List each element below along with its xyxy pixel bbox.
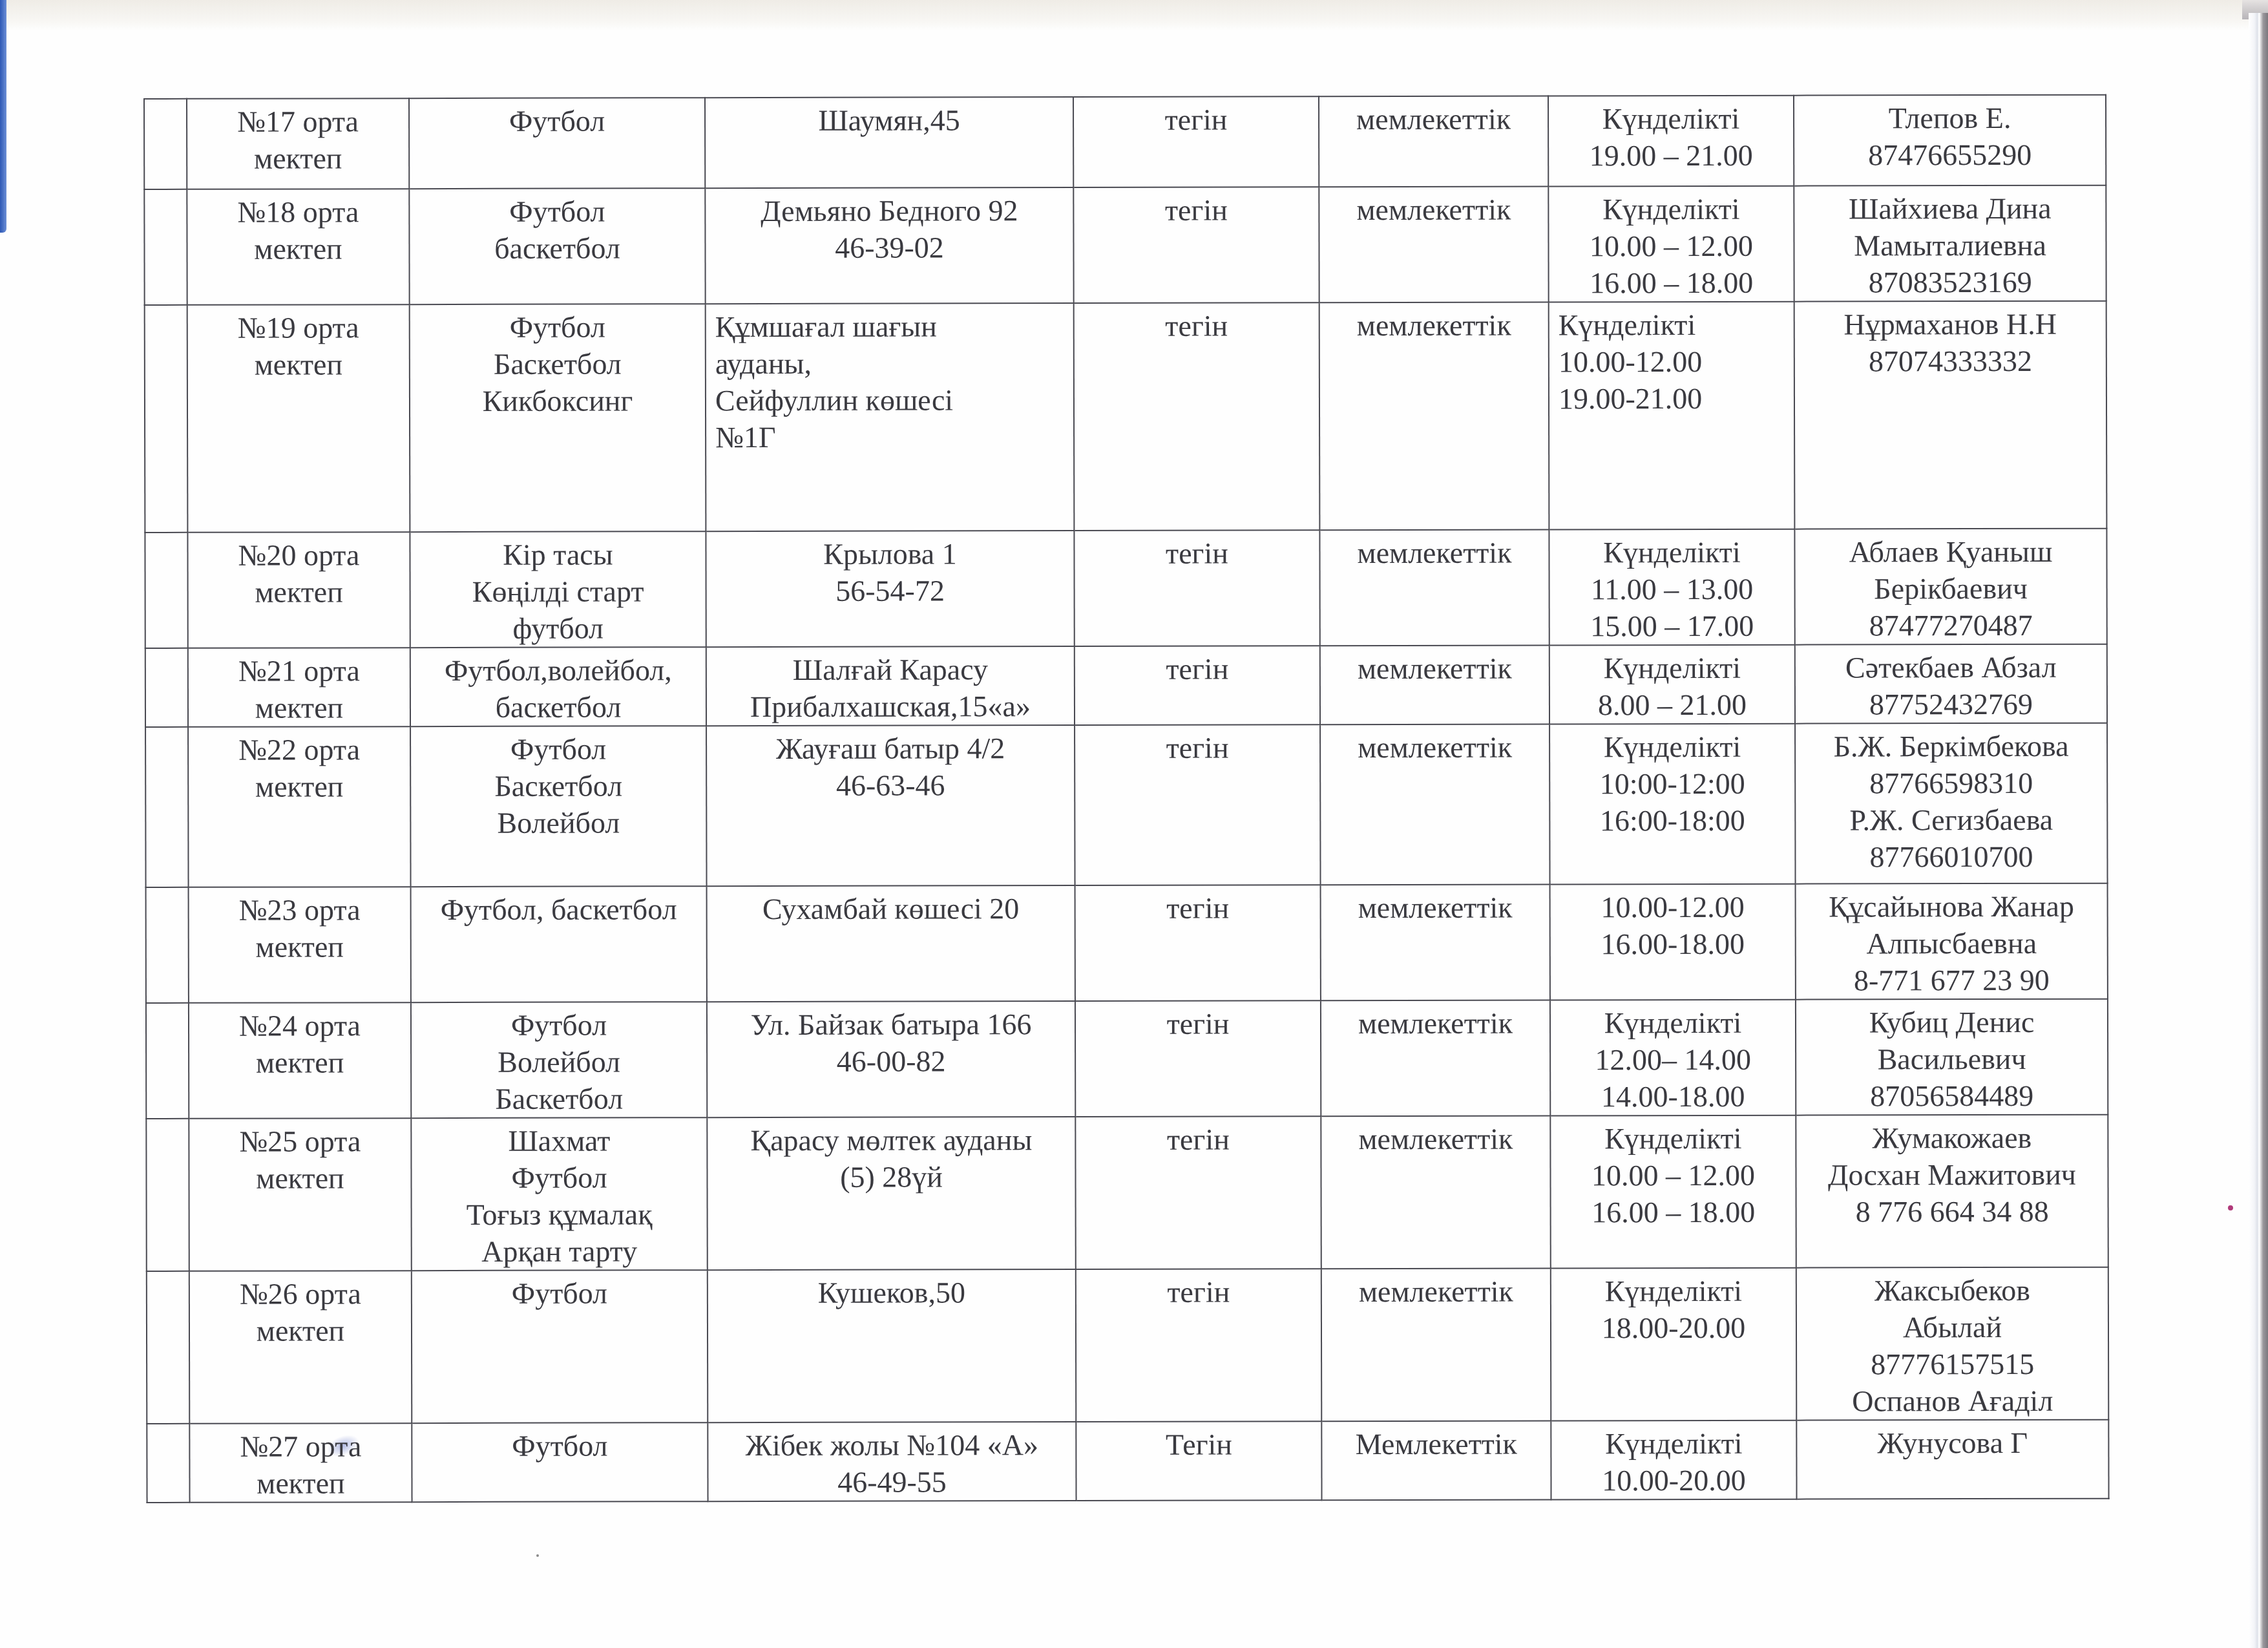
school-line: №21 орта: [194, 652, 404, 690]
table-row: №22 ортамектепФутболБаскетболВолейболЖау…: [145, 723, 2108, 887]
schedule-line: 19.00-21.00: [1559, 380, 1789, 417]
cell-sports: Футбол,волейбол,баскетбол: [410, 647, 706, 726]
address-line: Сейфуллин көшесі: [715, 381, 1068, 419]
cell-school: №27 ортамектеп: [189, 1423, 412, 1503]
ownership-text: мемлекеттік: [1326, 728, 1544, 766]
sports-line: Футбол: [417, 1159, 701, 1196]
ink-speck: [2228, 1205, 2233, 1210]
sports-line: Футбол: [417, 1427, 702, 1464]
cell-ownership: мемлекеттік: [1319, 96, 1548, 187]
cell-contact: Жунусова Г: [1796, 1420, 2108, 1499]
contact-line: 87752432769: [1801, 686, 2101, 723]
table-row: №17 ортамектепФутболШаумян,45тегінмемлек…: [144, 95, 2106, 189]
contact-line: 87477270487: [1801, 607, 2101, 644]
contact-line: Жаксыбеков: [1802, 1272, 2103, 1309]
school-line: №22 орта: [194, 731, 404, 768]
address-line: Жібек жолы №104 «А»: [713, 1426, 1070, 1464]
sports-line: Шахмат: [417, 1122, 701, 1159]
table-row: №25 ортамектепШахматФутболТоғыз құмалақА…: [146, 1115, 2108, 1271]
address-line: Прибалхашская,15«а»: [712, 688, 1069, 725]
cell-ownership: мемлекеттік: [1321, 1268, 1551, 1421]
contact-line: 8-771 677 23 90: [1801, 962, 2102, 999]
ownership-text: мемлекеттік: [1325, 306, 1543, 344]
school-line: №24 орта: [194, 1007, 405, 1044]
contact-line: Тлепов Е.: [1800, 100, 2100, 137]
cell-index: [147, 1271, 189, 1424]
cell-sports: ФутболВолейболБаскетбол: [411, 1002, 707, 1118]
fee-text: тегін: [1079, 101, 1313, 138]
fee-text: тегін: [1080, 534, 1314, 572]
table-row: №26 ортамектепФутболКушеков,50тегінмемле…: [147, 1267, 2108, 1424]
table-row: №20 ортамектепКір тасыКөңілді стартфутбо…: [145, 529, 2106, 648]
cell-address: Жауғаш батыр 4/246-63-46: [706, 725, 1075, 886]
school-line: №17 орта: [193, 103, 403, 140]
schedule-line: 14.00-18.00: [1556, 1078, 1790, 1115]
cell-address: Демьяно Бедного 9246-39-02: [705, 187, 1073, 304]
address-line: Шалғай Карасу: [712, 651, 1069, 688]
table-row: №24 ортамектепФутболВолейболБаскетболУл.…: [146, 999, 2108, 1119]
cell-school: №18 ортамектеп: [187, 189, 409, 305]
sports-line: баскетбол: [416, 688, 700, 726]
cell-schedule: Күнделікті10:00-12:0016:00-18:00: [1549, 724, 1796, 885]
cell-schedule: Күнделікті10.00-12.0019.00-21.00: [1549, 302, 1795, 530]
cell-sports: ФутболБаскетболКикбоксинг: [410, 304, 706, 532]
cell-schedule: Күнделікті8.00 – 21.00: [1549, 645, 1795, 724]
ownership-text: мемлекеттік: [1327, 889, 1544, 926]
cell-school: №23 ортамектеп: [189, 887, 411, 1003]
ownership-text: мемлекеттік: [1325, 534, 1543, 571]
sports-line: Көңілді старт: [416, 573, 700, 610]
cell-school: №19 ортамектеп: [187, 304, 410, 533]
cell-index: [146, 1003, 189, 1119]
schedule-line: 8.00 – 21.00: [1555, 686, 1789, 724]
contact-line: Абылай: [1802, 1309, 2103, 1346]
sports-line: Волейбол: [417, 1043, 701, 1081]
contact-line: Жумакожаев: [1801, 1119, 2102, 1157]
ownership-text: мемлекеттік: [1325, 191, 1542, 228]
scan-right-edge: [2249, 13, 2268, 1648]
sports-line: Баскетбол: [415, 345, 700, 383]
contact-line: Шайхиева Дина: [1800, 190, 2100, 227]
cell-ownership: мемлекеттік: [1321, 1000, 1550, 1116]
schedule-line: 15.00 – 17.00: [1555, 607, 1789, 645]
schedule-line: 10.00-12.00: [1556, 889, 1790, 926]
cell-school: №21 ортамектеп: [188, 648, 410, 727]
sports-line: Кикбоксинг: [415, 382, 700, 419]
cell-schedule: Күнделікті10.00 – 12.0016.00 – 18.00: [1550, 1115, 1796, 1269]
school-line: мектеп: [193, 230, 403, 268]
schedule-line: 10.00-20.00: [1557, 1462, 1790, 1499]
contact-line: 87766598310: [1801, 765, 2101, 802]
schedule-line: Күнделікті: [1557, 1273, 1790, 1310]
cell-address: Құмшағал шағынауданы,Сейфуллин көшесі№1Г: [706, 303, 1075, 531]
school-line: мектеп: [195, 1464, 406, 1502]
cell-index: [144, 99, 187, 189]
schedule-line: 10.00 – 12.00: [1554, 227, 1788, 265]
sports-line: баскетбол: [415, 229, 699, 267]
cell-schedule: Күнделікті10.00-20.00: [1551, 1421, 1796, 1500]
cell-contact: ЖаксыбековАбылай87776157515Оспанов Ағаді…: [1796, 1267, 2108, 1421]
address-line: ауданы,: [715, 344, 1068, 382]
table-row: №23 ортамектепФутбол, баскетболСухамбай …: [146, 883, 2108, 1003]
school-line: №23 орта: [194, 891, 405, 929]
cell-fee: тегін: [1075, 1000, 1321, 1117]
contact-line: Жунусова Г: [1802, 1424, 2103, 1462]
sports-line: Футбол: [417, 1274, 702, 1312]
sports-line: Арқан тарту: [417, 1232, 702, 1270]
sports-line: Футбол: [416, 730, 700, 768]
cell-fee: тегін: [1075, 1116, 1321, 1269]
ownership-text: мемлекеттік: [1327, 1004, 1544, 1042]
sports-line: Баскетбол: [417, 1080, 701, 1117]
schedule-line: 10:00-12:00: [1555, 765, 1789, 803]
school-line: №19 орта: [193, 309, 404, 346]
address-line: Демьяно Бедного 92: [711, 192, 1067, 229]
cell-sports: ФутболБаскетболВолейбол: [410, 726, 707, 887]
contact-line: Кубиц Денис: [1801, 1004, 2102, 1041]
cell-sports: ШахматФутболТоғыз құмалақАрқан тарту: [411, 1117, 707, 1271]
cell-schedule: 10.00-12.0016.00-18.00: [1550, 884, 1796, 1000]
school-line: №27 орта: [195, 1428, 406, 1465]
cell-sports: Футбол: [409, 98, 705, 189]
ownership-text: мемлекеттік: [1326, 650, 1544, 687]
cell-index: [145, 305, 188, 533]
school-line: №26 орта: [195, 1275, 406, 1313]
cell-contact: Шайхиева ДинаМамыталиевна87083523169: [1794, 185, 2106, 302]
schedule-line: 10.00-12.00: [1559, 343, 1789, 381]
fee-text: тегін: [1081, 1005, 1315, 1042]
cell-sports: Футбол, баскетбол: [411, 886, 707, 1002]
cell-schedule: Күнделікті10.00 – 12.0016.00 – 18.00: [1548, 186, 1794, 302]
cell-ownership: мемлекеттік: [1321, 884, 1550, 1000]
cell-fee: тегін: [1073, 187, 1319, 303]
contact-line: 87074333332: [1800, 343, 2101, 380]
address-line: Крылова 1: [711, 535, 1068, 573]
cell-address: Шаумян,45: [705, 97, 1073, 188]
table-row: №27 ортамектепФутболЖібек жолы №104 «А»4…: [147, 1420, 2108, 1503]
cell-schedule: Күнделікті11.00 – 13.0015.00 – 17.00: [1549, 529, 1794, 646]
schedule-line: Күнделікті: [1556, 1120, 1790, 1157]
address-line: 56-54-72: [712, 572, 1069, 609]
cell-contact: Нұрмаханов Н.Н87074333332: [1794, 301, 2107, 529]
contact-line: Мамыталиевна: [1800, 227, 2100, 264]
contact-line: 87766010700: [1801, 838, 2101, 876]
schedule-line: Күнделікті: [1555, 650, 1789, 687]
cell-schedule: Күнделікті12.00– 14.0014.00-18.00: [1550, 1000, 1796, 1116]
cell-ownership: мемлекеттік: [1319, 186, 1548, 302]
fee-text: тегін: [1080, 650, 1314, 688]
schedule-line: 12.00– 14.00: [1556, 1041, 1790, 1079]
contact-line: Оспанов Ағаділ: [1802, 1382, 2103, 1420]
ownership-text: мемлекеттік: [1325, 100, 1542, 138]
cell-fee: тегін: [1074, 302, 1320, 531]
contact-line: Васильевич: [1801, 1041, 2102, 1078]
sports-line: Футбол, баскетбол: [417, 891, 701, 928]
contact-line: 87083523169: [1800, 264, 2101, 301]
fee-text: тегін: [1081, 889, 1315, 927]
sports-line: Волейбол: [416, 804, 700, 841]
fee-text: тегін: [1080, 729, 1314, 766]
cell-contact: Аблаев ҚуанышБерікбаевич87477270487: [1794, 529, 2106, 645]
school-line: мектеп: [194, 1044, 405, 1081]
schedule-line: 10.00 – 12.00: [1556, 1157, 1790, 1194]
sports-line: футбол: [416, 609, 700, 647]
contact-line: 87056584489: [1801, 1077, 2102, 1115]
address-line: №1Г: [715, 418, 1068, 456]
schedule-line: 18.00-20.00: [1557, 1309, 1790, 1347]
scan-top-shadow: [0, 0, 2268, 31]
school-line: мектеп: [194, 1159, 405, 1197]
cell-school: №25 ортамектеп: [189, 1118, 411, 1271]
address-line: Жауғаш батыр 4/2: [712, 730, 1069, 767]
cell-index: [147, 1424, 189, 1503]
schedule-line: Күнделікті: [1554, 100, 1788, 138]
schedule-line: 16.00 – 18.00: [1555, 264, 1789, 302]
cell-school: №17 ортамектеп: [187, 98, 409, 189]
schools-sports-table: №17 ортамектепФутболШаумян,45тегінмемлек…: [143, 94, 2110, 1503]
address-line: Шаумян,45: [711, 101, 1067, 139]
school-line: мектеп: [194, 928, 405, 966]
address-line: 46-63-46: [712, 766, 1069, 804]
contact-line: Құсайынова Жанар: [1801, 888, 2102, 925]
sports-line: Кір тасы: [415, 536, 700, 573]
cell-contact: Кубиц ДенисВасильевич87056584489: [1796, 999, 2108, 1115]
cell-fee: тегін: [1076, 1269, 1321, 1422]
sports-line: Баскетбол: [416, 767, 700, 805]
cell-ownership: мемлекеттік: [1320, 724, 1550, 885]
contact-line: Аблаев Қуаныш: [1800, 533, 2101, 571]
contact-line: 87776157515: [1802, 1346, 2103, 1383]
sports-line: Футбол,волейбол,: [416, 651, 700, 689]
cell-fee: тегін: [1074, 530, 1319, 646]
cell-ownership: Мемлекеттік: [1321, 1421, 1551, 1500]
sports-line: Футбол: [415, 308, 700, 346]
contact-line: Сәтекбаев Абзал: [1801, 649, 2101, 686]
address-line: 46-49-55: [713, 1463, 1070, 1501]
fee-text: тегін: [1081, 1121, 1315, 1158]
school-line: мектеп: [193, 346, 404, 383]
school-line: мектеп: [194, 768, 404, 805]
fee-text: тегін: [1079, 191, 1313, 229]
schedule-line: Күнделікті: [1554, 191, 1788, 228]
cell-fee: тегін: [1075, 724, 1321, 885]
cell-sports: Кір тасыКөңілді стартфутбол: [410, 531, 706, 648]
cell-school: №22 ортамектеп: [188, 726, 411, 887]
schedule-line: 16.00-18.00: [1556, 925, 1790, 963]
cell-schedule: Күнделікті19.00 – 21.00: [1548, 96, 1794, 187]
cell-ownership: мемлекеттік: [1321, 1115, 1550, 1269]
schedule-line: 19.00 – 21.00: [1554, 137, 1788, 174]
address-line: Сухамбай көшесі 20: [713, 890, 1069, 927]
cell-fee: Тегін: [1076, 1421, 1321, 1501]
address-line: Қарасу мөлтек ауданы: [713, 1121, 1069, 1159]
cell-index: [145, 648, 188, 727]
cell-index: [145, 533, 187, 648]
schedule-line: 16:00-18:00: [1555, 802, 1789, 840]
table-body: №17 ортамектепФутболШаумян,45тегінмемлек…: [144, 95, 2109, 1503]
cell-index: [146, 887, 189, 1003]
cell-address: Сухамбай көшесі 20: [707, 885, 1075, 1002]
cell-schedule: Күнделікті18.00-20.00: [1551, 1268, 1796, 1421]
cell-contact: Құсайынова ЖанарАлпысбаевна8-771 677 23 …: [1796, 883, 2108, 1000]
schedule-line: Күнделікті: [1559, 306, 1789, 344]
school-line: мектеп: [195, 1312, 406, 1349]
dust-speck: [536, 1554, 539, 1557]
school-line: мектеп: [194, 689, 404, 726]
scan-edge-blue-mark: [0, 0, 6, 233]
sports-line: Футбол: [415, 193, 699, 230]
contact-line: Нұрмаханов Н.Н: [1800, 306, 2101, 343]
fee-text: Тегін: [1082, 1426, 1316, 1463]
cell-school: №20 ортамектеп: [187, 532, 410, 648]
table-row: №21 ортамектепФутбол,волейбол,баскетболШ…: [145, 644, 2107, 727]
schedule-line: Күнделікті: [1556, 1004, 1790, 1042]
cell-address: Шалғай КарасуПрибалхашская,15«а»: [706, 646, 1075, 726]
address-line: 46-39-02: [711, 229, 1067, 266]
cell-contact: ЖумакожаевДосхан Мажитович8 776 664 34 8…: [1796, 1115, 2108, 1268]
schedule-line: Күнделікті: [1555, 728, 1789, 766]
cell-ownership: мемлекеттік: [1319, 302, 1549, 530]
school-line: №20 орта: [193, 536, 404, 574]
contact-line: Алпысбаевна: [1801, 925, 2102, 962]
cell-ownership: мемлекеттік: [1319, 529, 1549, 646]
cell-address: Ул. Байзак батыра 16646-00-82: [707, 1001, 1075, 1117]
contact-line: Б.Ж. Беркімбекова: [1801, 728, 2101, 765]
cell-ownership: мемлекеттік: [1320, 645, 1549, 724]
cell-contact: Б.Ж. Беркімбекова87766598310Р.Ж. Сегизба…: [1795, 723, 2108, 884]
address-line: Құмшағал шағын: [715, 308, 1068, 345]
cell-fee: тегін: [1075, 885, 1321, 1001]
cell-address: Қарасу мөлтек ауданы(5) 28үй: [707, 1117, 1075, 1270]
sports-line: Футбол: [415, 102, 699, 140]
cell-sports: Футбол: [412, 1270, 708, 1423]
cell-school: №26 ортамектеп: [189, 1271, 412, 1424]
ownership-text: Мемлекеттік: [1327, 1425, 1545, 1463]
address-line: Кушеков,50: [713, 1274, 1070, 1311]
school-line: мектеп: [193, 140, 403, 177]
address-line: Ул. Байзак батыра 166: [713, 1006, 1069, 1043]
table-row: №19 ортамектепФутболБаскетболКикбоксингҚ…: [145, 301, 2107, 533]
contact-line: 8 776 664 34 88: [1802, 1193, 2103, 1231]
cell-address: Крылова 156-54-72: [706, 531, 1074, 647]
sports-line: Тоғыз құмалақ: [417, 1196, 702, 1233]
ownership-text: мемлекеттік: [1327, 1273, 1545, 1310]
contact-line: Р.Ж. Сегизбаева: [1801, 801, 2101, 839]
fee-text: тегін: [1082, 1273, 1316, 1311]
school-line: №18 орта: [193, 193, 403, 231]
cell-address: Жібек жолы №104 «А»46-49-55: [708, 1422, 1076, 1501]
cell-school: №24 ортамектеп: [189, 1002, 411, 1119]
address-line: (5) 28үй: [713, 1158, 1069, 1196]
cell-index: [145, 727, 189, 887]
school-line: №25 орта: [194, 1123, 405, 1160]
cell-contact: Сәтекбаев Абзал87752432769: [1795, 644, 2107, 724]
schedule-line: 16.00 – 18.00: [1557, 1194, 1790, 1231]
sports-line: Футбол: [417, 1006, 701, 1044]
address-line: 46-00-82: [713, 1042, 1069, 1080]
contact-line: 87476655290: [1800, 136, 2100, 174]
cell-sports: Футбол: [412, 1422, 708, 1502]
cell-address: Кушеков,50: [708, 1269, 1076, 1422]
contact-line: Берікбаевич: [1801, 570, 2101, 607]
cell-fee: тегін: [1073, 96, 1319, 187]
school-line: мектеп: [194, 573, 404, 611]
table-row: №18 ортамектепФутболбаскетболДемьяно Бед…: [144, 185, 2106, 305]
cell-index: [146, 1119, 189, 1271]
contact-line: Досхан Мажитович: [1801, 1156, 2102, 1194]
schedule-line: 11.00 – 13.00: [1555, 571, 1789, 608]
schedule-line: Күнделікті: [1557, 1425, 1790, 1463]
ownership-text: мемлекеттік: [1327, 1120, 1544, 1157]
schedule-line: Күнделікті: [1555, 534, 1789, 571]
fee-text: тегін: [1080, 307, 1314, 344]
cell-fee: тегін: [1075, 646, 1320, 725]
cell-index: [144, 189, 187, 305]
cell-contact: Тлепов Е.87476655290: [1794, 95, 2106, 186]
cell-sports: Футболбаскетбол: [409, 188, 705, 304]
